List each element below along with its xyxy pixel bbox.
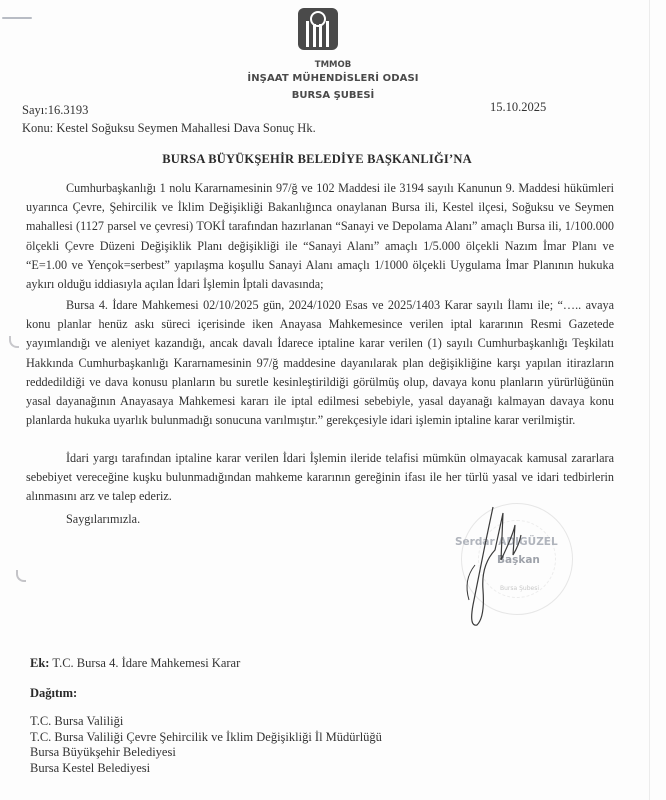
- letterhead-line3: BURSA ŞUBESİ: [200, 90, 466, 101]
- distribution-label: Dağıtım:: [30, 686, 77, 701]
- body-paragraph-3: İdari yargı tarafından iptaline karar ve…: [26, 449, 614, 507]
- letter-date: 15.10.2025: [490, 100, 546, 115]
- body-paragraph-1: Cumhurbaşkanlığı 1 nolu Kararnamesinin 9…: [26, 179, 614, 294]
- subject-line: Konu: Kestel Soğuksu Seymen Mahallesi Da…: [22, 121, 316, 136]
- reference-number: Sayı:16.3193: [22, 103, 88, 118]
- attachment-label: Ek:: [30, 656, 49, 670]
- attachment-line: Ek: T.C. Bursa 4. İdare Mahkemesi Karar: [30, 656, 240, 671]
- handwritten-signature-icon: [455, 505, 565, 630]
- distribution-list: T.C. Bursa Valiliği T.C. Bursa Valiliği …: [30, 714, 382, 776]
- letterhead-line1: TMMOB: [200, 60, 466, 70]
- addressee-heading: BURSA BÜYÜKŞEHİR BELEDİYE BAŞKANLIĞI’NA: [0, 152, 634, 167]
- letterhead-line2: İNŞAAT MÜHENDİSLERİ ODASI: [200, 73, 466, 84]
- scan-edge-line: [649, 0, 650, 800]
- distribution-recipient: T.C. Bursa Valiliği: [30, 714, 382, 730]
- scan-mark: [9, 336, 19, 348]
- imo-logo-icon: [298, 8, 338, 50]
- distribution-recipient: Bursa Kestel Belediyesi: [30, 761, 382, 777]
- scan-mark: [16, 570, 26, 582]
- body-paragraph-2: Bursa 4. İdare Mahkemesi 02/10/2025 gün,…: [26, 296, 614, 430]
- letter-page: TMMOB İNŞAAT MÜHENDİSLERİ ODASI BURSA ŞU…: [0, 0, 666, 800]
- distribution-recipient: Bursa Büyükşehir Belediyesi: [30, 745, 382, 761]
- scan-mark: [2, 17, 32, 19]
- attachment-text: T.C. Bursa 4. İdare Mahkemesi Karar: [52, 656, 240, 670]
- closing-salutation: Saygılarımızla.: [66, 512, 140, 527]
- distribution-recipient: T.C. Bursa Valiliği Çevre Şehircilik ve …: [30, 730, 382, 746]
